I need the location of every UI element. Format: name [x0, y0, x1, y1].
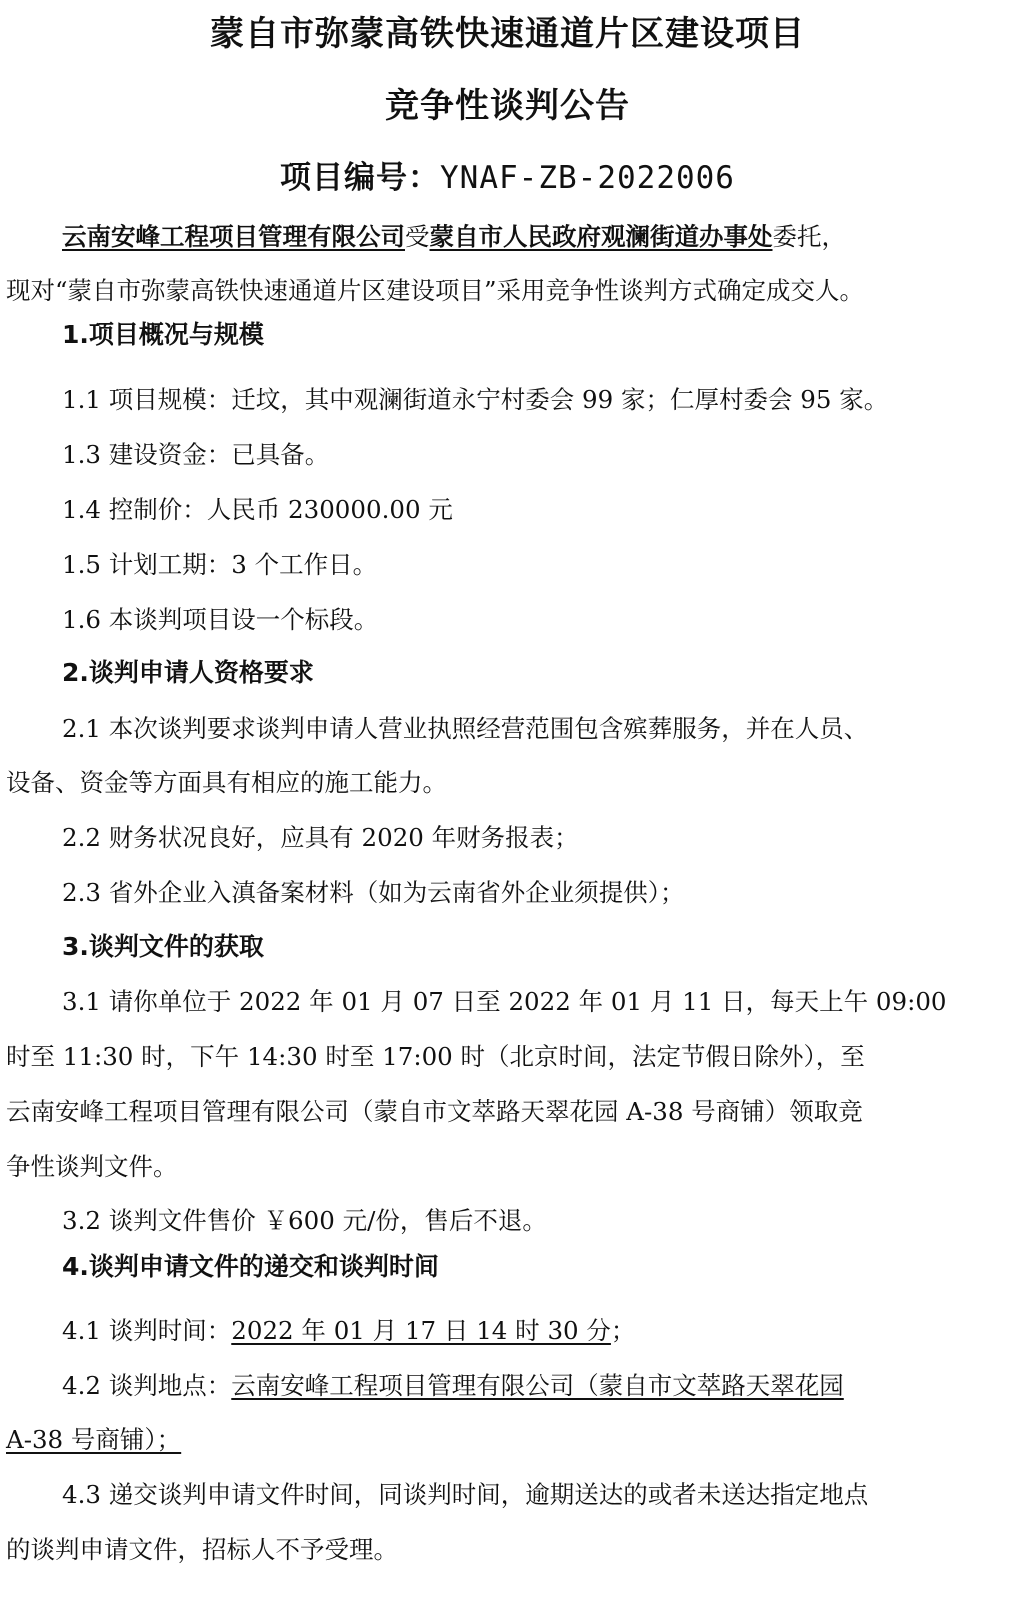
item-2-1-line-1: 2.1 本次谈判要求谈判申请人营业执照经营范围包含殡葬服务，并在人员、 — [62, 714, 868, 744]
intro-line-1: 云南安峰工程项目管理有限公司受蒙自市人民政府观澜街道办事处委托， — [62, 222, 846, 252]
item-3-2: 3.2 谈判文件售价 ￥600 元/份，售后不退。 — [62, 1206, 547, 1236]
item-3-1-line-2: 时至 11:30 时，下午 14:30 时至 17:00 时（北京时间，法定节假… — [6, 1042, 865, 1072]
item-1-5: 1.5 计划工期：3 个工作日。 — [62, 550, 377, 580]
intro-line-2: 现对“蒙自市弥蒙高铁快速通道片区建设项目”采用竞争性谈判方式确定成交人。 — [6, 276, 864, 306]
agency-name: 云南安峰工程项目管理有限公司 — [62, 222, 405, 251]
section-3-heading: 3.谈判文件的获取 — [62, 932, 264, 962]
item-1-3: 1.3 建设资金：已具备。 — [62, 440, 329, 470]
item-4-1-label: 4.1 谈判时间： — [62, 1316, 231, 1345]
section-4-heading: 4.谈判申请文件的递交和谈判时间 — [62, 1252, 439, 1282]
project-number-value: YNAF-ZB-2022006 — [440, 160, 735, 196]
title-line-2: 竞争性谈判公告 — [0, 78, 1015, 127]
item-3-1-line-4: 争性谈判文件。 — [6, 1152, 178, 1182]
item-1-6: 1.6 本谈判项目设一个标段。 — [62, 605, 378, 635]
item-4-2-label: 4.2 谈判地点： — [62, 1371, 231, 1400]
negotiation-time: 2022 年 01 月 17 日 14 时 30 分 — [231, 1316, 611, 1345]
item-4-3-line-2: 的谈判申请文件，招标人不予受理。 — [6, 1535, 398, 1565]
item-1-4: 1.4 控制价：人民币 230000.00 元 — [62, 495, 453, 525]
client-name: 蒙自市人民政府观澜街道办事处 — [430, 222, 773, 251]
item-3-1-line-1: 3.1 请你单位于 2022 年 01 月 07 日至 2022 年 01 月 … — [62, 987, 947, 1017]
item-3-1-line-3: 云南安峰工程项目管理有限公司（蒙自市文萃路天翠花园 A-38 号商铺）领取竞 — [6, 1097, 863, 1127]
project-number-label: 项目编号： — [280, 160, 440, 196]
item-4-1-end: ； — [611, 1316, 636, 1345]
item-4-3-line-1: 4.3 递交谈判申请文件时间，同谈判时间，逾期送达的或者未送达指定地点 — [62, 1480, 868, 1510]
item-1-1: 1.1 项目规模：迁坟，其中观澜街道永宁村委会 99 家；仁厚村委会 95 家。 — [62, 385, 888, 415]
negotiation-location: 云南安峰工程项目管理有限公司（蒙自市文萃路天翠花园 — [231, 1371, 844, 1400]
item-2-2: 2.2 财务状况良好，应具有 2020 年财务报表； — [62, 823, 579, 853]
item-4-1: 4.1 谈判时间：2022 年 01 月 17 日 14 时 30 分； — [62, 1316, 635, 1346]
negotiation-location-cont: A-38 号商铺）； — [6, 1425, 181, 1454]
item-2-1-line-2: 设备、资金等方面具有相应的施工能力。 — [6, 768, 447, 798]
title-line-1: 蒙自市弥蒙高铁快速通道片区建设项目 — [0, 6, 1015, 55]
intro-text: 委托， — [773, 222, 847, 251]
section-1-heading: 1.项目概况与规模 — [62, 320, 264, 350]
announcement-page: 蒙自市弥蒙高铁快速通道片区建设项目 竞争性谈判公告 项目编号：YNAF-ZB-2… — [0, 0, 1015, 1600]
project-number: 项目编号：YNAF-ZB-2022006 — [0, 152, 1015, 197]
item-2-3: 2.3 省外企业入滇备案材料（如为云南省外企业须提供）； — [62, 878, 685, 908]
item-4-2-line-2: A-38 号商铺）； — [6, 1425, 181, 1455]
item-4-2-line-1: 4.2 谈判地点：云南安峰工程项目管理有限公司（蒙自市文萃路天翠花园 — [62, 1371, 844, 1401]
intro-text: 受 — [405, 222, 430, 251]
section-2-heading: 2.谈判申请人资格要求 — [62, 658, 314, 688]
